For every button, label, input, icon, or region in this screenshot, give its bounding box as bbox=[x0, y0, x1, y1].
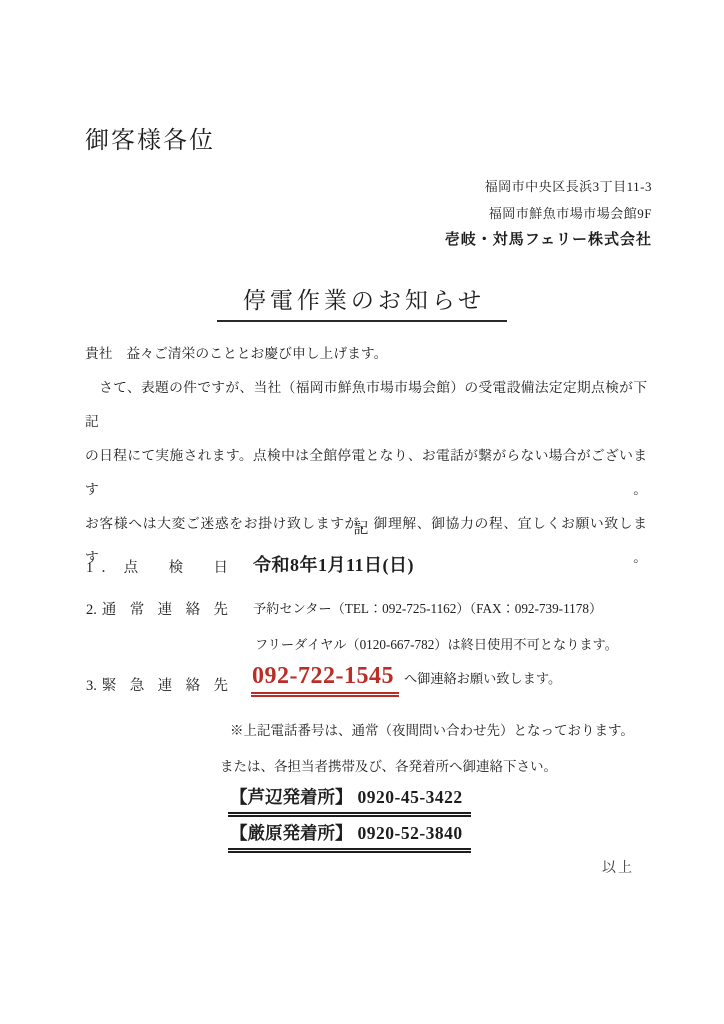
record-marker: 記 bbox=[0, 517, 724, 538]
ashibe-station-name: 【芦辺発着所】 bbox=[230, 787, 353, 807]
title-row: 停電作業のお知らせ bbox=[0, 282, 724, 322]
sender-company-name: 壱岐・対馬フェリー株式会社 bbox=[445, 227, 652, 254]
emergency-contact-label: 3.緊 急 連 絡 先 bbox=[86, 674, 228, 695]
izuhara-station-name: 【厳原発着所】 bbox=[230, 823, 353, 843]
phone-usage-note: ※上記電話番号は、通常（夜間問い合わせ先）となっております。 bbox=[230, 719, 634, 739]
notice-document-page: 御客様各位 福岡市中央区長浜3丁目11-3 福岡市鮮魚市場市場会館9F 壱岐・対… bbox=[0, 0, 724, 1024]
izuhara-station-phone: 0920-52-3840 bbox=[358, 823, 463, 843]
body-line: さて、表題の件ですが、当社（福岡市鮮魚市場市場会館）の受電設備法定定期点検が下記 bbox=[85, 371, 647, 439]
emergency-phone-suffix: へ御連絡お願い致します。 bbox=[404, 671, 561, 686]
sender-block: 福岡市中央区長浜3丁目11-3 福岡市鮮魚市場市場会館9F 壱岐・対馬フェリー株… bbox=[445, 174, 652, 254]
body-line: の日程にて実施されます。点検中は全館停電となり、お電話が繋がらない場合がございま… bbox=[85, 439, 647, 507]
closing-marker: 以上 bbox=[602, 857, 634, 877]
ashibe-station-contact: 【芦辺発着所】0920-45-3422 bbox=[228, 784, 471, 817]
body-paragraphs: 貴社 益々ご清栄のこととお慶び申し上げます。 さて、表題の件ですが、当社（福岡市… bbox=[85, 337, 647, 575]
recipient-heading: 御客様各位 bbox=[85, 120, 215, 155]
sender-address-line2: 福岡市鮮魚市場市場会館9F bbox=[445, 201, 652, 228]
izuhara-station-row: 【厳原発着所】0920-52-3840 bbox=[228, 820, 471, 853]
ashibe-station-row: 【芦辺発着所】0920-45-3422 bbox=[228, 784, 471, 817]
normal-contact-label: 2.通 常 連 絡 先 bbox=[86, 598, 228, 619]
greeting-line: 貴社 益々ご清栄のこととお慶び申し上げます。 bbox=[85, 337, 647, 371]
inspection-date-value: 令和8年1月11日(日) bbox=[253, 551, 414, 577]
document-title: 停電作業のお知らせ bbox=[217, 282, 507, 322]
alternative-contact-note: または、各担当者携帯及び、各発着所へ御連絡下さい。 bbox=[220, 755, 557, 775]
izuhara-station-contact: 【厳原発着所】0920-52-3840 bbox=[228, 820, 471, 853]
inspection-date-label: 1．点 検 日 bbox=[86, 556, 228, 577]
sender-address-line1: 福岡市中央区長浜3丁目11-3 bbox=[445, 174, 652, 201]
freedial-note: フリーダイヤル（0120-667-782）は終日使用不可となります。 bbox=[255, 634, 618, 653]
emergency-phone-number: 092-722-1545 bbox=[251, 663, 399, 697]
ashibe-station-phone: 0920-45-3422 bbox=[358, 787, 463, 807]
normal-contact-value: 予約センター（TEL：092-725-1162）（FAX：092-739-117… bbox=[253, 598, 602, 617]
emergency-contact-line: 092-722-1545へ御連絡お願い致します。 bbox=[251, 663, 561, 697]
